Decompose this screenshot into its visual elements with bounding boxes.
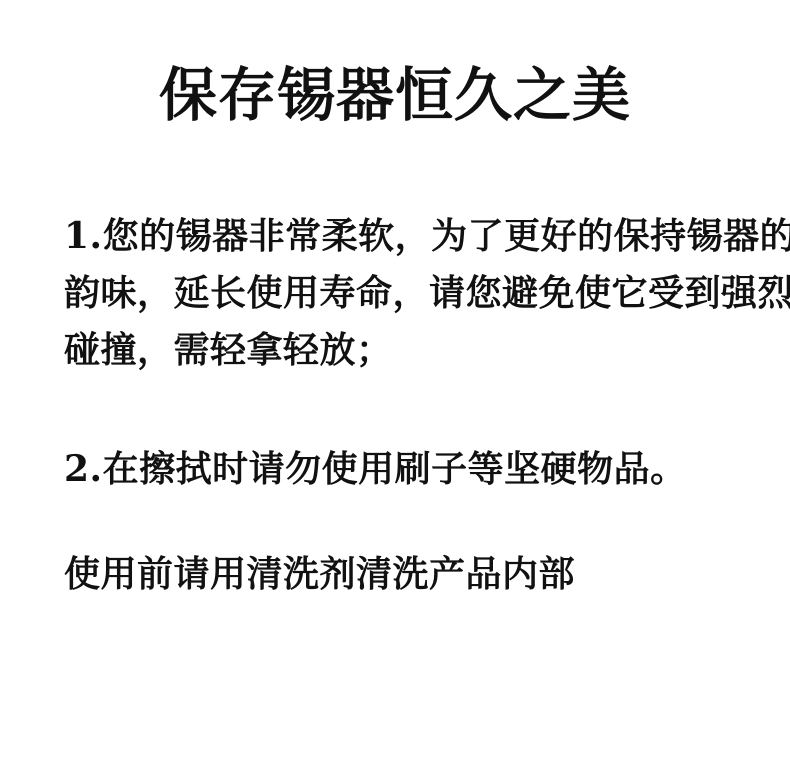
pre-use-note: 使用前请用清洗剂清洗产品内部 (64, 546, 746, 603)
instructions-content: 1.您的锡器非常柔软，为了更好的保持锡器的 韵味，延长使用寿命，请您避免使它受到… (64, 208, 746, 603)
page-title: 保存锡器恒久之美 (0, 0, 790, 136)
instruction-item-2: 2.在擦拭时请勿使用刷子等坚硬物品。 (64, 441, 746, 498)
instruction-item-1-line-2: 韵味，延长使用寿命，请您避免使它受到强烈 (64, 265, 746, 322)
instruction-item-1-line-3: 碰撞，需轻拿轻放； (64, 322, 746, 379)
instruction-item-1: 1.您的锡器非常柔软，为了更好的保持锡器的 韵味，延长使用寿命，请您避免使它受到… (64, 208, 746, 379)
care-instructions-page: 保存锡器恒久之美 1.您的锡器非常柔软，为了更好的保持锡器的 韵味，延长使用寿命… (0, 0, 790, 769)
instruction-item-2-line-1: 2.在擦拭时请勿使用刷子等坚硬物品。 (64, 441, 746, 498)
instruction-item-1-line-1: 1.您的锡器非常柔软，为了更好的保持锡器的 (64, 208, 746, 265)
pre-use-note-line-1: 使用前请用清洗剂清洗产品内部 (64, 546, 746, 603)
